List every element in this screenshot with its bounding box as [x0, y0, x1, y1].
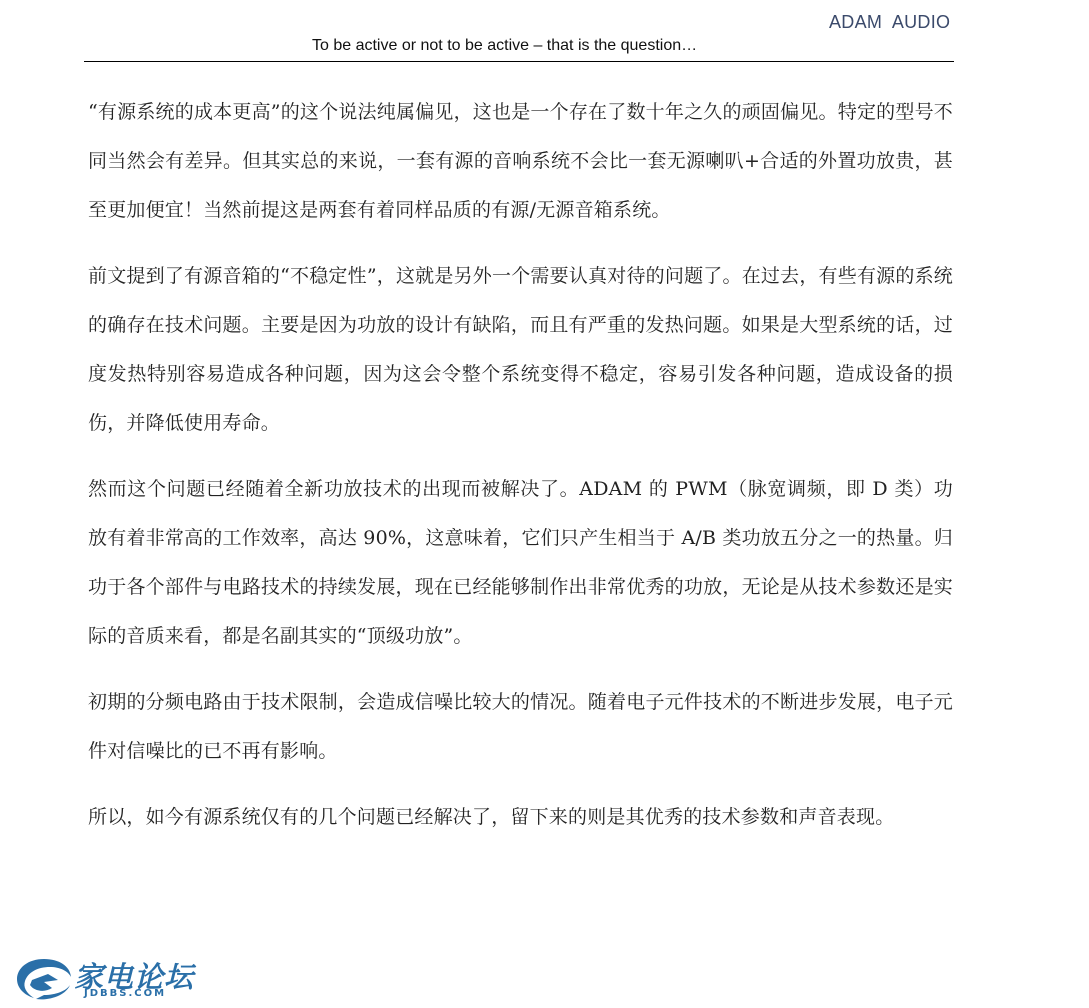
watermark-en-text: JDBBS.COM: [84, 988, 166, 999]
jdbbs-swirl-logo-icon: [14, 955, 74, 1001]
paragraph-conclusion: 所以，如今有源系统仅有的几个问题已经解决了，留下来的则是其优秀的技术参数和声音表…: [88, 793, 953, 842]
paragraph-stability: 前文提到了有源音箱的“不稳定性”，这就是另外一个需要认真对待的问题了。在过去，有…: [88, 252, 953, 448]
paragraph-cost: “有源系统的成本更高”的这个说法纯属偏见，这也是一个存在了数十年之久的顽固偏见。…: [88, 88, 953, 235]
running-header-title: To be active or not to be active – that …: [312, 37, 697, 55]
paragraph-crossover: 初期的分频电路由于技术限制，会造成信噪比较大的情况。随着电子元件技术的不断进步发…: [88, 678, 953, 776]
brand-name: ADAM AUDIO: [829, 12, 950, 33]
watermark-logo: 家电论坛 JDBBS.COM: [14, 953, 194, 1003]
paragraph-pwm-amplifier: 然而这个问题已经随着全新功放技术的出现而被解决了。ADAM 的 PWM（脉宽调频…: [88, 465, 953, 661]
document-body: “有源系统的成本更高”的这个说法纯属偏见，这也是一个存在了数十年之久的顽固偏见。…: [88, 88, 953, 859]
header-divider: [84, 61, 954, 62]
